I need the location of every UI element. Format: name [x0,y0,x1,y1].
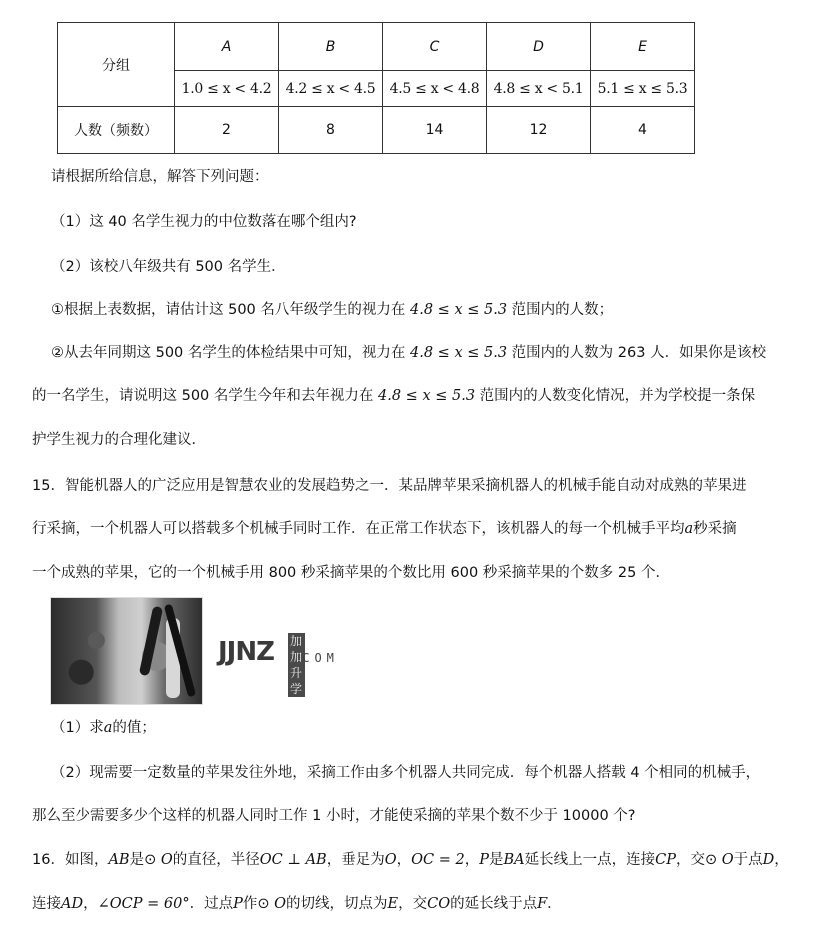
watermark-main: JJNZ [218,637,274,667]
q15-line3: 一个成熟的苹果，它的一个机械手用 800 秒采摘苹果的个数比用 600 秒采摘苹… [32,563,670,583]
q16-math: ∠OCP = 60° [98,896,190,912]
q16-text: ． [547,896,562,912]
q16-text: ，垂足为 [327,852,385,868]
q14-part1: （1）这 40 名学生视力的中位数落在哪个组内? [51,212,357,232]
q16-math: CO [427,896,450,912]
q14-sub1: ①根据上表数据，请估计这 500 名八年级学生的视力在 4.8 ≤ x ≤ 5.… [51,300,613,320]
q16-math: AD [61,896,83,912]
q16-text: ，交⊙ [676,852,722,868]
q16-text: ， [397,852,412,868]
q16-math: O [722,852,734,868]
q16-text: ，交 [398,896,427,912]
q16-math: O [385,852,397,868]
group-letter-a: A [175,23,279,71]
q16-text: ．过点 [190,896,234,912]
q15-part2-line2: 那么至少需要多少个这样的机器人同时工作 1 小时，才能使采摘的苹果个数不少于 1… [32,806,635,826]
count-header: 人数（频数） [58,107,175,154]
q16-math: AB [108,852,129,868]
q14-sub1-math: 4.8 ≤ x ≤ 5.3 [410,302,507,318]
q16-text: 作⊙ [243,896,274,912]
q16-math: O [274,896,286,912]
q16-math: F [537,896,547,912]
q15-part2-line1: （2）现需要一定数量的苹果发往外地，采摘工作由多个机器人共同完成．每个机器人搭载… [51,763,760,783]
q15-line2: 行采摘，一个机器人可以搭载多个机械手同时工作．在正常工作状态下，该机器人的每一个… [32,519,737,539]
group-letter-d: D [487,23,591,71]
q15-p1-text-b: 的值； [112,720,156,736]
q16-math: P [479,852,489,868]
group-letter-e: E [591,23,695,71]
watermark-cn: 加加升学 [288,633,305,697]
group-header: 分组 [58,23,175,107]
watermark-com: .COM [290,651,339,665]
group-range-c: 4.5 ≤ x < 4.8 [383,71,487,107]
q14-part2: （2）该校八年级共有 500 名学生． [51,257,286,277]
group-count-e: 4 [591,107,695,154]
q14-sub2-math: 4.8 ≤ x ≤ 5.3 [410,345,507,361]
group-range-e: 5.1 ≤ x ≤ 5.3 [591,71,695,107]
group-count-c: 14 [383,107,487,154]
q16-text: 的切线，切点为 [286,896,388,912]
group-count-a: 2 [175,107,279,154]
q14-sub1-text-a: ①根据上表数据，请估计这 500 名八年级学生的视力在 [51,302,410,318]
q16-text: ， [774,852,789,868]
q15-line1: 15．智能机器人的广泛应用是智慧农业的发展趋势之一．某品牌苹果采摘机器人的机械手… [32,476,746,496]
q14-sub2-l2-text-a: 的一名学生，请说明这 500 名学生今年和去年视力在 [32,388,378,404]
q16-text: ， [465,852,480,868]
group-letter-b: B [279,23,383,71]
q14-sub2-l2-text-b: 范围内的人数变化情况，并为学校提一条保 [475,388,755,404]
q15-part1: （1）求a的值； [51,718,156,738]
q16-math: O [161,852,173,868]
q16-math: OC ⊥ AB [260,852,327,868]
robot-arm-photo [50,597,203,705]
q16-math: CP [655,852,676,868]
q16-math: P [233,896,243,912]
group-range-a: 1.0 ≤ x < 4.2 [175,71,279,107]
group-count-b: 8 [279,107,383,154]
q16-line2: 连接AD，∠OCP = 60°．过点P作⊙ O的切线，切点为E，交CO的延长线于… [32,894,562,914]
group-range-d: 4.8 ≤ x < 5.1 [487,71,591,107]
q16-math: E [388,896,399,912]
q16-text: 的延长线于点 [450,896,537,912]
q16-text: 于点 [734,852,763,868]
q16-text: 连接 [32,896,61,912]
q16-text: 是 [489,852,504,868]
q16-text: 是⊙ [130,852,161,868]
q14-sub2-line1: ②从去年同期这 500 名学生的体检结果中可知，视力在 4.8 ≤ x ≤ 5.… [51,343,766,363]
q15-var-a: a [685,521,694,537]
q15-line2-text-a: 行采摘，一个机器人可以搭载多个机械手同时工作．在正常工作状态下，该机器人的每一个… [32,521,685,537]
frequency-table: 分组 A B C D E 1.0 ≤ x < 4.2 4.2 ≤ x < 4.5… [57,22,695,154]
q14-sub1-text-b: 范围内的人数； [507,302,613,318]
q14-intro: 请根据所给信息，解答下列问题： [51,167,269,187]
q16-text: 16．如图， [32,852,108,868]
q16-text: ， [83,896,98,912]
q16-math: D [763,852,775,868]
q14-sub2-line2: 的一名学生，请说明这 500 名学生今年和去年视力在 4.8 ≤ x ≤ 5.3… [32,386,755,406]
q16-text: 延长线上一点，连接 [525,852,656,868]
q14-sub2-text-b: 范围内的人数为 263 人．如果你是该校 [507,345,766,361]
q16-line1: 16．如图，AB是⊙ O的直径，半径OC ⊥ AB，垂足为O，OC = 2，P是… [32,850,789,870]
group-letter-c: C [383,23,487,71]
robot-arm-shape [139,606,163,677]
q14-sub2-text-a: ②从去年同期这 500 名学生的体检结果中可知，视力在 [51,345,410,361]
q15-p1-text-a: （1）求 [51,720,104,736]
q16-math: BA [503,852,524,868]
q16-text: 的直径，半径 [173,852,260,868]
group-range-b: 4.2 ≤ x < 4.5 [279,71,383,107]
q14-sub2-line3: 护学生视力的合理化建议． [32,430,206,450]
group-count-d: 12 [487,107,591,154]
q15-line2-text-b: 秒采摘 [693,521,737,537]
q16-math: OC = 2 [411,852,465,868]
q14-sub2-l2-math: 4.8 ≤ x ≤ 5.3 [378,388,475,404]
